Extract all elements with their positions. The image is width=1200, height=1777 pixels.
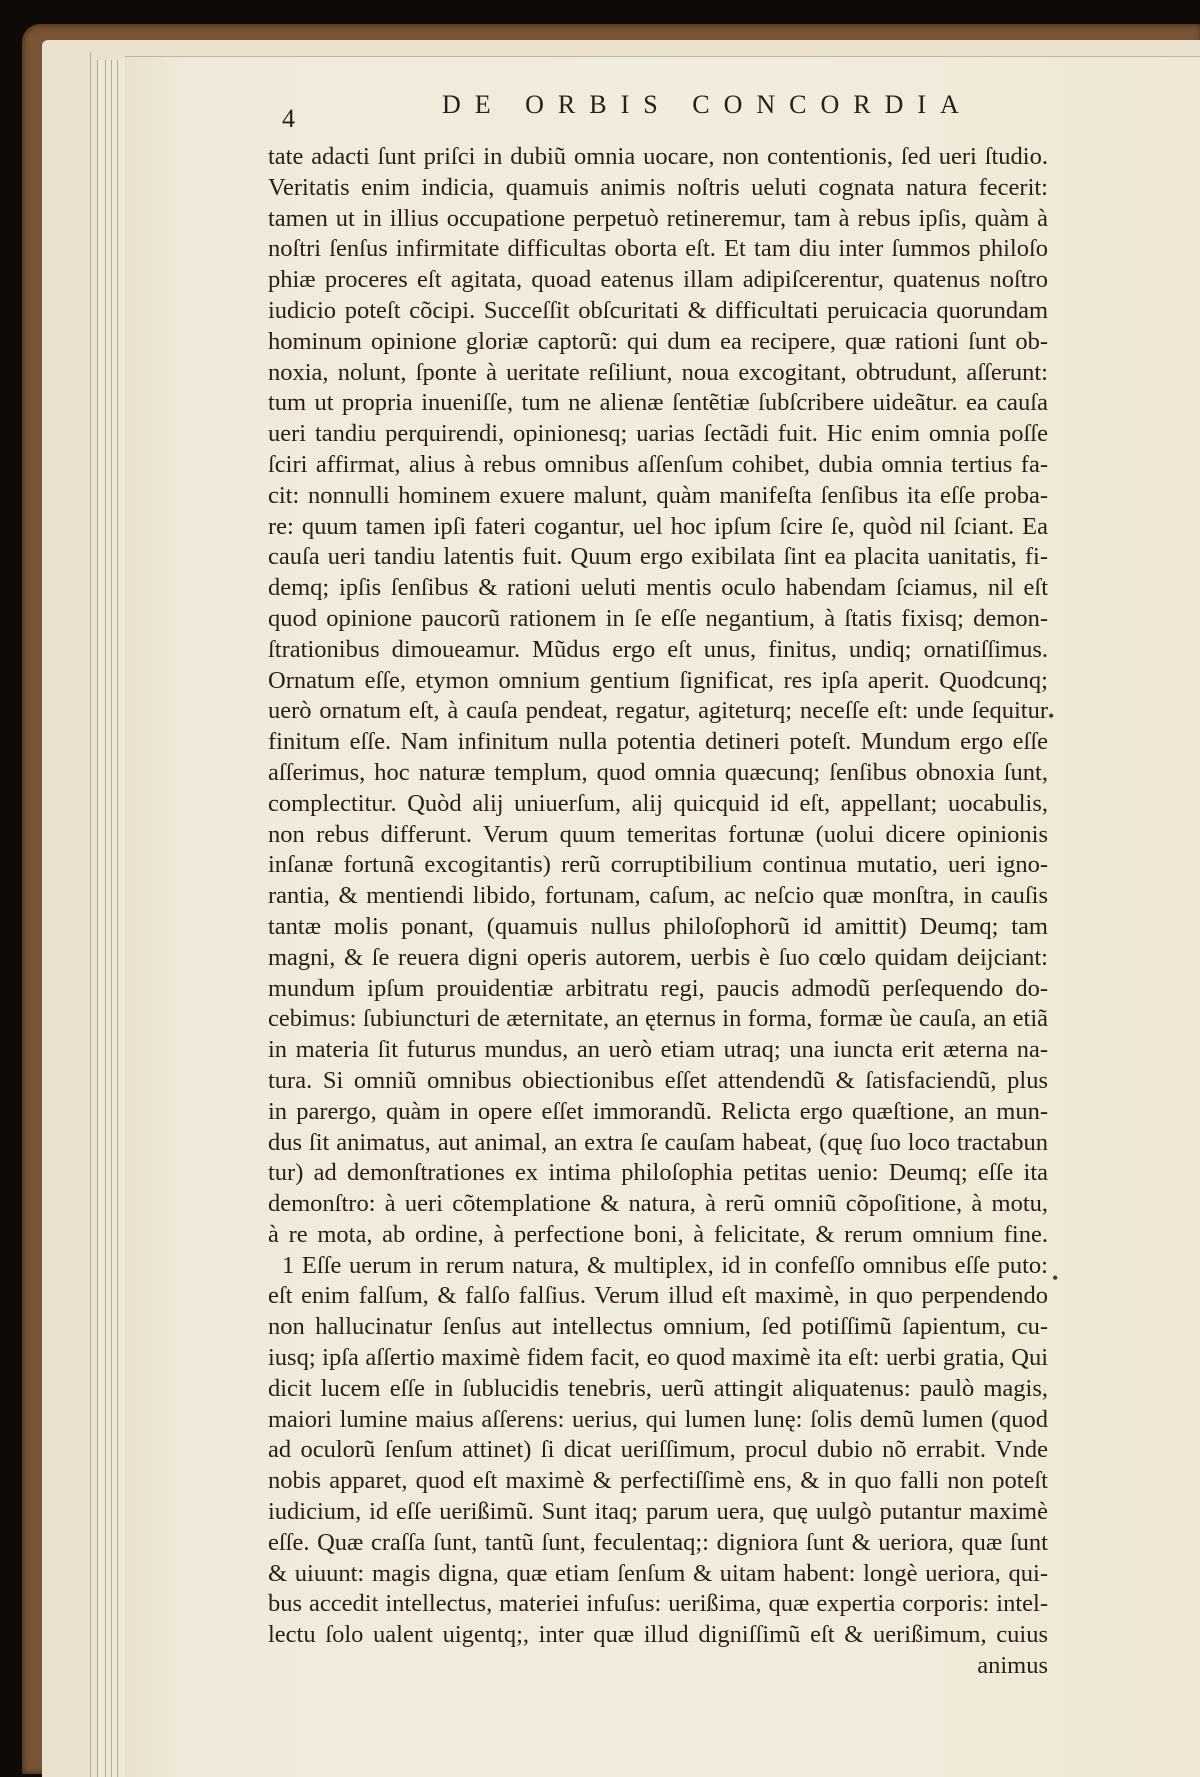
text-line: magni, & ſe reuera digni operis autorem,… [268,943,1048,974]
text-line: cauſa ueri tandiu latentis fuit. Quum er… [268,542,1048,573]
text-line: noxia, nolunt, ſponte à ueritate reſiliu… [268,358,1048,389]
text-line: iudicio poteſt cõcipi. Succeſſit obſcuri… [268,296,1048,327]
text-line: ad oculorũ ſenſum attinet) ſi dicat ueri… [268,1435,1048,1466]
text-line: tura. Si omniũ omnibus obiectionibus eſſ… [268,1066,1048,1097]
page-number: 4 [282,104,295,134]
text-line: tate adacti ſunt priſci in dubiũ omnia u… [268,142,1048,173]
text-line: dus ſit animatus, aut animal, an extra ſ… [268,1128,1048,1159]
text-line: ueri tandiu perquirendi, opinionesq; uar… [268,419,1048,450]
text-line: cit: nonnulli hominem exuere malunt, quà… [268,481,1048,512]
text-line: rantia, & mentiendi libido, fortunam, ca… [268,881,1048,912]
text-line: cebimus: ſubiuncturi de æternitate, an ę… [268,1004,1048,1035]
text-line: & uiuunt: magis digna, quæ etiam ſenſum … [268,1559,1048,1590]
text-line: tamen ut in illius occupatione perpetuò … [268,204,1048,235]
text-line: bus accedit intellectus, materiei infuſu… [268,1589,1048,1620]
text-line: non rebus differunt. Verum quum temerita… [268,820,1048,851]
catchword: animus [268,1651,1048,1682]
margin-mark: • [1048,706,1054,727]
text-line: noſtri ſenſus infirmitate difficultas ob… [268,234,1048,265]
text-line: à re mota, ab ordine, à perfectione boni… [268,1220,1048,1251]
text-line: demq; ipſis ſenſibus & rationi ueluti me… [268,573,1048,604]
body-text: tate adacti ſunt priſci in dubiũ omnia u… [268,142,1048,1682]
text-line: re: quum tamen ipſi fateri cogantur, uel… [268,512,1048,543]
text-line: ſtrationibus dimoueamur. Mũdus ergo eſt … [268,635,1048,666]
text-line: tum ut propria inueniſſe, tum ne alienæ … [268,388,1048,419]
text-line: quod opinione paucorũ rationem in ſe eſſ… [268,604,1048,635]
text-line: finitum eſſe. Nam infinitum nulla potent… [268,727,1048,758]
text-line: Ornatum eſſe, etymon omnium gentium ſign… [268,666,1048,697]
text-line: tur) ad demonſtrationes ex intima philoſ… [268,1158,1048,1189]
text-line: iusq; ipſa aſſertio maximè fidem facit, … [268,1343,1048,1374]
text-line: ſciri affirmat, alius à rebus omnibus aſ… [268,450,1048,481]
running-head: 4 DE ORBIS CONCORDIA [270,82,1070,122]
text-line: eſſe. Quæ craſſa ſunt, tantũ ſunt, fecul… [268,1528,1048,1559]
text-line: eſt enim falſum, & falſo falſius. Verum … [268,1281,1048,1312]
text-line: iudicium, id eſſe uerißimũ. Sunt itaq; p… [268,1497,1048,1528]
text-line: tantæ molis ponant, (quamuis nullus phil… [268,912,1048,943]
text-line: dicit lucem eſſe in ſublucidis tenebris,… [268,1374,1048,1405]
text-line: complectitur. Quòd alij uniuerſum, alij … [268,789,1048,820]
text-line: hominum opinione gloriæ captorũ: qui dum… [268,327,1048,358]
text-line: Veritatis enim indicia, quamuis animis n… [268,173,1048,204]
text-line: demonſtro: à ueri cõtemplatione & natura… [268,1189,1048,1220]
text-line: nobis apparet, quod eſt maximè & perfect… [268,1466,1048,1497]
text-line: in parergo, quàm in opere eſſet immorand… [268,1097,1048,1128]
running-title: DE ORBIS CONCORDIA [442,90,973,120]
text-line: 1 Eſſe uerum in rerum natura, & multiple… [268,1251,1048,1282]
text-line: phiæ proceres eſt agitata, quoad eatenus… [268,265,1048,296]
margin-mark: • [1052,1268,1058,1289]
text-line: mundum ipſum prouidentiæ arbitratu regi,… [268,974,1048,1005]
text-line: uerò ornatum eſt, à cauſa pendeat, regat… [268,696,1048,727]
text-line: lectu ſolo ualent uigentq;, inter quæ il… [268,1620,1048,1651]
text-line: aſſerimus, hoc naturæ templum, quod omni… [268,758,1048,789]
text-line: inſanæ fortunã excogitantis) rerũ corrup… [268,850,1048,881]
text-line: non hallucinatur ſenſus aut intellectus … [268,1312,1048,1343]
text-line: maiori lumine maius aſſerens: uerius, qu… [268,1405,1048,1436]
text-line: in materia ſit futurus mundus, an uerò e… [268,1035,1048,1066]
